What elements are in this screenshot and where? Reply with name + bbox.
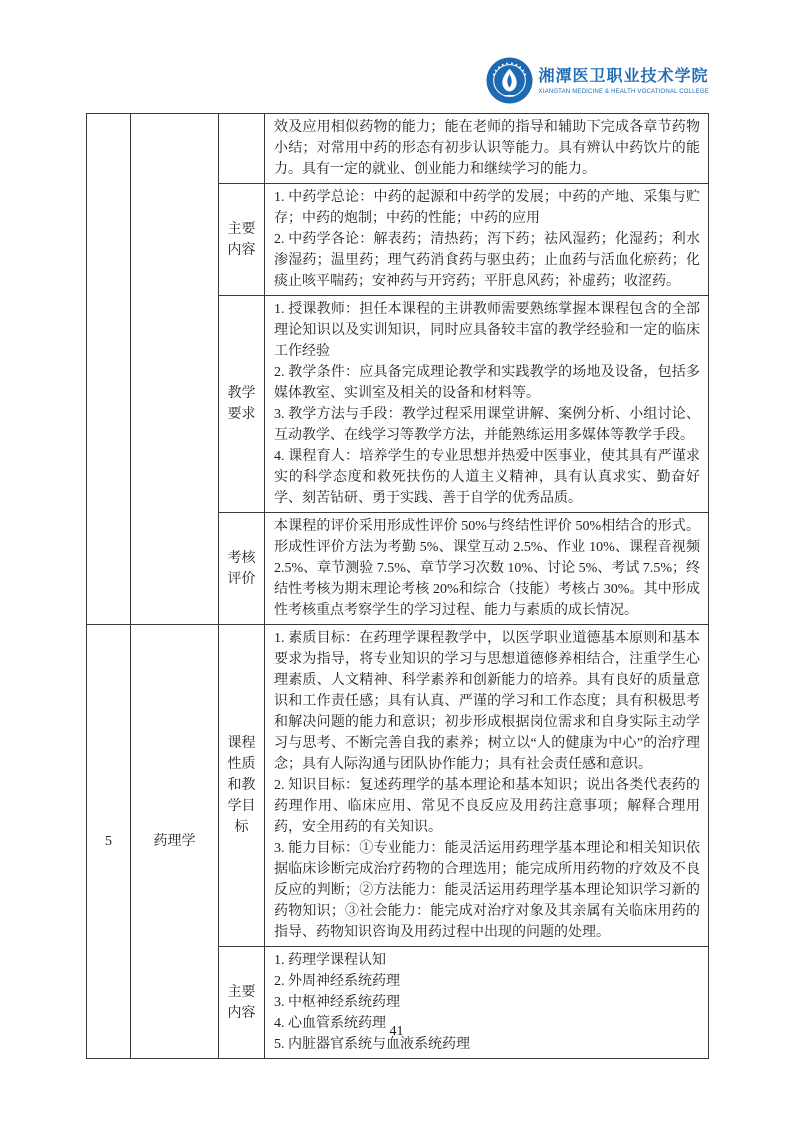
section-label-cell: 主要内容 [219,184,265,296]
section-content-cell: 1. 中药学总论：中药的起源和中药学的发展；中药的产地、采集与贮存；中药的炮制；… [265,184,709,296]
college-name-en: XIANGTAN MEDICINE & HEALTH VOCATIONAL CO… [539,88,709,96]
course-name-cell: 药理学 [131,625,219,1059]
page-number: 41 [0,1024,793,1040]
section-label-cell: 主要内容 [219,947,265,1059]
section-label-cell [219,114,265,184]
college-name-block: 湘潭医卫职业技术学院 XIANGTAN MEDICINE & HEALTH VO… [539,66,709,96]
section-content-cell: 1. 药理学课程认知 2. 外周神经系统药理 3. 中枢神经系统药理 4. 心血… [265,947,709,1059]
college-name-zh: 湘潭医卫职业技术学院 [539,66,709,88]
section-content-cell: 本课程的评价采用形成性评价 50%与终结性评价 50%相结合的形式。形成性评价方… [265,513,709,625]
section-content-cell: 效及应用相似药物的能力；能在老师的指导和辅助下完成各章节药物小结；对常用中药的形… [265,114,709,184]
course-table: 效及应用相似药物的能力；能在老师的指导和辅助下完成各章节药物小结；对常用中药的形… [86,113,709,1059]
course-number-cell: 5 [87,625,131,1059]
table-row: 5 药理学 课程性质和教学目标 1. 素质目标：在药理学课程教学中，以医学职业道… [87,625,709,947]
course-number-cell [87,114,131,625]
section-content-cell: 1. 授课教师：担任本课程的主讲教师需要熟练掌握本课程包含的全部理论知识以及实训… [265,296,709,513]
section-content-cell: 1. 素质目标：在药理学课程教学中，以医学职业道德基本原则和基本要求为指导，将专… [265,625,709,947]
college-logo: 湘潭医卫职业技术学院 XIANGTAN MEDICINE & HEALTH VO… [486,57,709,104]
course-name-cell [131,114,219,625]
section-label-cell: 教学要求 [219,296,265,513]
document-page: 湘潭医卫职业技术学院 XIANGTAN MEDICINE & HEALTH VO… [0,0,793,1122]
section-label-cell: 课程性质和教学目标 [219,625,265,947]
college-emblem-icon [486,57,533,104]
section-label-cell: 考核评价 [219,513,265,625]
table-row: 效及应用相似药物的能力；能在老师的指导和辅助下完成各章节药物小结；对常用中药的形… [87,114,709,184]
